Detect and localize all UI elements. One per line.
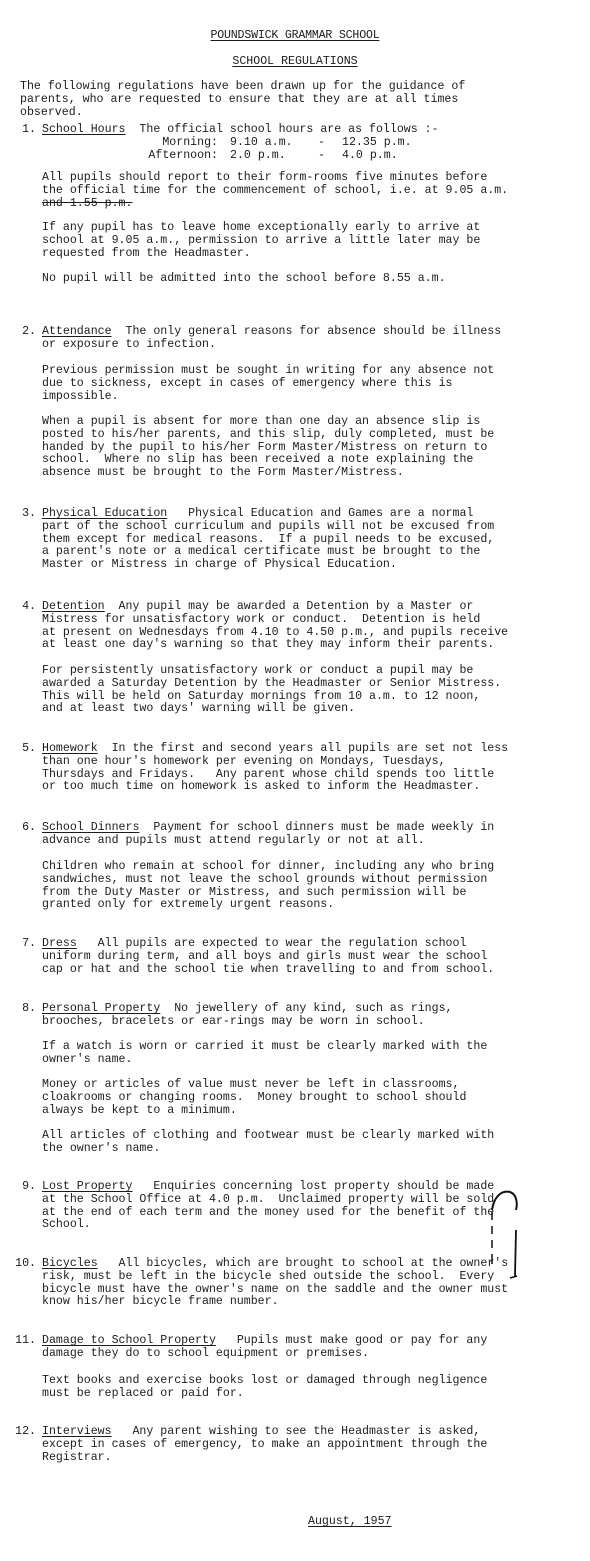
afternoon-label: Afternoon:: [130, 150, 218, 163]
section-paragraph: All pupils should report to their form-r…: [42, 172, 582, 198]
section-paragraph: If a watch is worn or carried it must be…: [42, 1041, 582, 1067]
section-lead: Personal Property No jewellery of any ki…: [42, 1003, 582, 1029]
intro-paragraph: The following regulations have been draw…: [20, 81, 580, 119]
section-lead: Attendance The only general reasons for …: [42, 326, 582, 352]
section-lead: Dress All pupils are expected to wear th…: [42, 938, 582, 976]
morning-start: 9.10 a.m.: [230, 137, 293, 150]
section-number: 1.: [0, 124, 36, 137]
section-paragraph: Money or articles of value must never be…: [42, 1079, 582, 1117]
section-paragraph: For persistently unsatisfactory work or …: [42, 665, 582, 716]
section-lead: School Dinners Payment for school dinner…: [42, 822, 582, 848]
section-lead: Detention Any pupil may be awarded a Det…: [42, 601, 582, 652]
morning-label: Morning:: [152, 137, 218, 150]
section-paragraph: When a pupil is absent for more than one…: [42, 416, 582, 480]
section-lead: School Hours The official school hours a…: [42, 124, 582, 137]
section-heading: Detention: [42, 600, 105, 613]
section-number: 2.: [0, 326, 36, 339]
section-lead-text: All bicycles, which are brought to schoo…: [42, 1257, 508, 1308]
afternoon-end: 4.0 p.m.: [342, 150, 398, 163]
section-lead: Physical Education Physical Education an…: [42, 508, 582, 572]
section-heading: Interviews: [42, 1425, 112, 1438]
section-heading: School Hours: [42, 123, 126, 136]
afternoon-start: 2.0 p.m.: [230, 150, 286, 163]
section-lead: Bicycles All bicycles, which are brought…: [42, 1258, 582, 1309]
document-date: August, 1957: [308, 1516, 392, 1529]
section-heading: Homework: [42, 742, 98, 755]
section-paragraph: Text books and exercise books lost or da…: [42, 1375, 582, 1401]
section-lead-text: The official school hours are as follows…: [139, 123, 438, 136]
section-lead: Damage to School Property Pupils must ma…: [42, 1335, 582, 1361]
morning-dash: -: [318, 137, 325, 150]
section-number: 3.: [0, 508, 36, 521]
section-number: 5.: [0, 743, 36, 756]
section-number: 10.: [0, 1258, 36, 1271]
section-heading: Dress: [42, 937, 77, 950]
section-heading: Attendance: [42, 325, 112, 338]
section-lead-text: All pupils are expected to wear the regu…: [42, 937, 494, 976]
section-paragraph: No pupil will be admitted into the schoo…: [42, 273, 582, 286]
section-heading: Physical Education: [42, 507, 167, 520]
section-heading: Damage to School Property: [42, 1334, 216, 1347]
section-heading: Bicycles: [42, 1257, 98, 1270]
section-lead: Homework In the first and second years a…: [42, 743, 582, 794]
section-heading: Lost Property: [42, 1180, 132, 1193]
struck-text: and 1.55 p.m.: [42, 198, 132, 211]
section-heading: School Dinners: [42, 821, 139, 834]
section-paragraph: If any pupil has to leave home exception…: [42, 222, 582, 260]
section-number: 4.: [0, 601, 36, 614]
section-lead-text: In the first and second years all pupils…: [42, 742, 508, 793]
document-title: SCHOOL REGULATIONS: [0, 56, 590, 69]
afternoon-dash: -: [318, 150, 325, 163]
section-paragraph: Children who remain at school for dinner…: [42, 861, 582, 912]
section-paragraph: Previous permission must be sought in wr…: [42, 365, 582, 403]
section-number: 12.: [0, 1426, 36, 1439]
section-lead: Interviews Any parent wishing to see the…: [42, 1426, 582, 1464]
school-name: POUNDSWICK GRAMMAR SCHOOL: [0, 30, 590, 43]
section-number: 6.: [0, 822, 36, 835]
section-number: 11.: [0, 1335, 36, 1348]
section-heading: Personal Property: [42, 1002, 160, 1015]
section-number: 9.: [0, 1181, 36, 1194]
regulations-page: POUNDSWICK GRAMMAR SCHOOL SCHOOL REGULAT…: [0, 0, 590, 1561]
section-number: 8.: [0, 1003, 36, 1016]
section-lead-text: Any pupil may be awarded a Detention by …: [42, 600, 508, 651]
section-lead: Lost Property Enquiries concerning lost …: [42, 1181, 582, 1232]
section-number: 7.: [0, 938, 36, 951]
section-paragraph: All articles of clothing and footwear mu…: [42, 1130, 582, 1156]
morning-end: 12.35 p.m.: [342, 137, 412, 150]
